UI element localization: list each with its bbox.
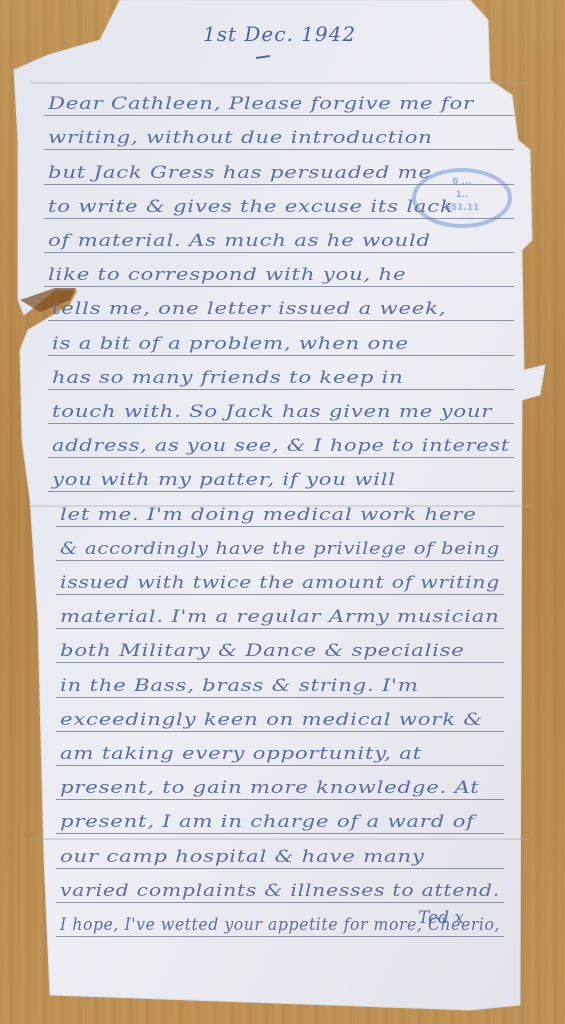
ruled-line [56,697,504,698]
letter-line: has so many friends to keep in [0,358,565,392]
letter-line-text: but Jack Gress has persuaded me [48,163,432,183]
ruled-line [44,149,514,150]
letter-line-text: our camp hospital & have many [60,847,425,867]
ruled-line [56,799,504,800]
ruled-line [56,902,504,903]
letter-line: present, to gain more knowledge. At [0,768,565,802]
letter-line: is a bit of a problem, when one [0,323,565,357]
ruled-line [56,731,504,732]
letter-line: address, as you see, & I hope to interes… [0,426,565,460]
letter-line: writing, without due introduction [0,118,565,152]
letter-line-text: to write & gives the excuse its lack [48,197,454,217]
letter-line-text: present, I am in charge of a ward of [60,812,475,832]
letter-line: material. I'm a regular Army musician [0,597,565,631]
letter-line: tells me, one letter issued a week, [0,289,565,323]
letter-line-text: material. I'm a regular Army musician [60,607,500,627]
ruled-line [44,286,514,287]
letter-line: present, I am in charge of a ward of [0,802,565,836]
letter-line: varied complaints & illnesses to attend. [0,871,565,905]
letter-line: of material. As much as he would [0,221,565,255]
letter-line-text: let me. I'm doing medical work here [60,505,477,525]
letter-line-text: writing, without due introduction [48,128,433,148]
letter-line-text: issued with twice the amount of writing [60,573,500,593]
ruled-line [48,389,514,390]
letter-line-text: Dear Cathleen, Please forgive me for [48,94,474,114]
letter-line-text: in the Bass, brass & string. I'm [60,676,419,696]
ruled-line [56,594,504,595]
ruled-line [56,765,504,766]
ruled-line [48,320,514,321]
letter-line: you with my patter, if you will [0,460,565,494]
ruled-line [44,184,514,185]
ruled-line [56,936,504,937]
ruled-line [44,218,514,219]
letter-line-text: you with my patter, if you will [52,470,396,490]
ruled-line [56,526,504,527]
letter-line: exceedingly keen on medical work & [0,700,565,734]
letter-line: I hope, I've wetted your appetite for mo… [0,905,565,939]
letter-line-text: is a bit of a problem, when one [52,334,409,354]
ruled-line [44,252,514,253]
letter-line-text: exceedingly keen on medical work & [60,710,483,730]
ruled-line [56,833,504,834]
letter-line-text: am taking every opportunity, at [60,744,422,764]
letter-line: both Military & Dance & specialise [0,631,565,665]
letter-line-text: varied complaints & illnesses to attend. [60,881,500,901]
letter-sheet: 1st Dec. 1942 6 ... 1.. 551.11 Dear Cath… [0,0,565,1024]
letter-line: am taking every opportunity, at [0,734,565,768]
letter-line: Dear Cathleen, Please forgive me for [0,84,565,118]
letter-line: in the Bass, brass & string. I'm [0,665,565,699]
letter-line: & accordingly have the privilege of bein… [0,529,565,563]
letter-line: but Jack Gress has persuaded me [0,152,565,186]
letter-line-text: touch with. So Jack has given me your [52,402,492,422]
letter-line-text: like to correspond with you, he [48,265,406,285]
letter-line: to write & gives the excuse its lack [0,187,565,221]
ruled-line [48,457,514,458]
letter-line: issued with twice the amount of writing [0,563,565,597]
ruled-line [56,560,504,561]
ruled-line [56,662,504,663]
letter-line: let me. I'm doing medical work here [0,494,565,528]
letter-line-text: present, to gain more knowledge. At [60,778,480,798]
letter-line-text: & accordingly have the privilege of bein… [60,539,500,559]
ruled-line [48,355,514,356]
ruled-line [48,491,514,492]
ruled-line [48,423,514,424]
letter-line: touch with. So Jack has given me your [0,392,565,426]
letter-line: like to correspond with you, he [0,255,565,289]
letter-line-text: both Military & Dance & specialise [60,641,465,661]
ruled-line [44,115,514,116]
ruled-line [56,628,504,629]
signature: Ted x [418,908,464,928]
letter-line-text: has so many friends to keep in [52,368,404,388]
letter-line-text: address, as you see, & I hope to interes… [52,436,510,456]
letter-line: our camp hospital & have many [0,836,565,870]
letter-line-text: of material. As much as he would [48,231,431,251]
letter-date: 1st Dec. 1942 [203,22,356,46]
ruled-line [56,868,504,869]
letter-line-text: tells me, one letter issued a week, [52,299,446,319]
